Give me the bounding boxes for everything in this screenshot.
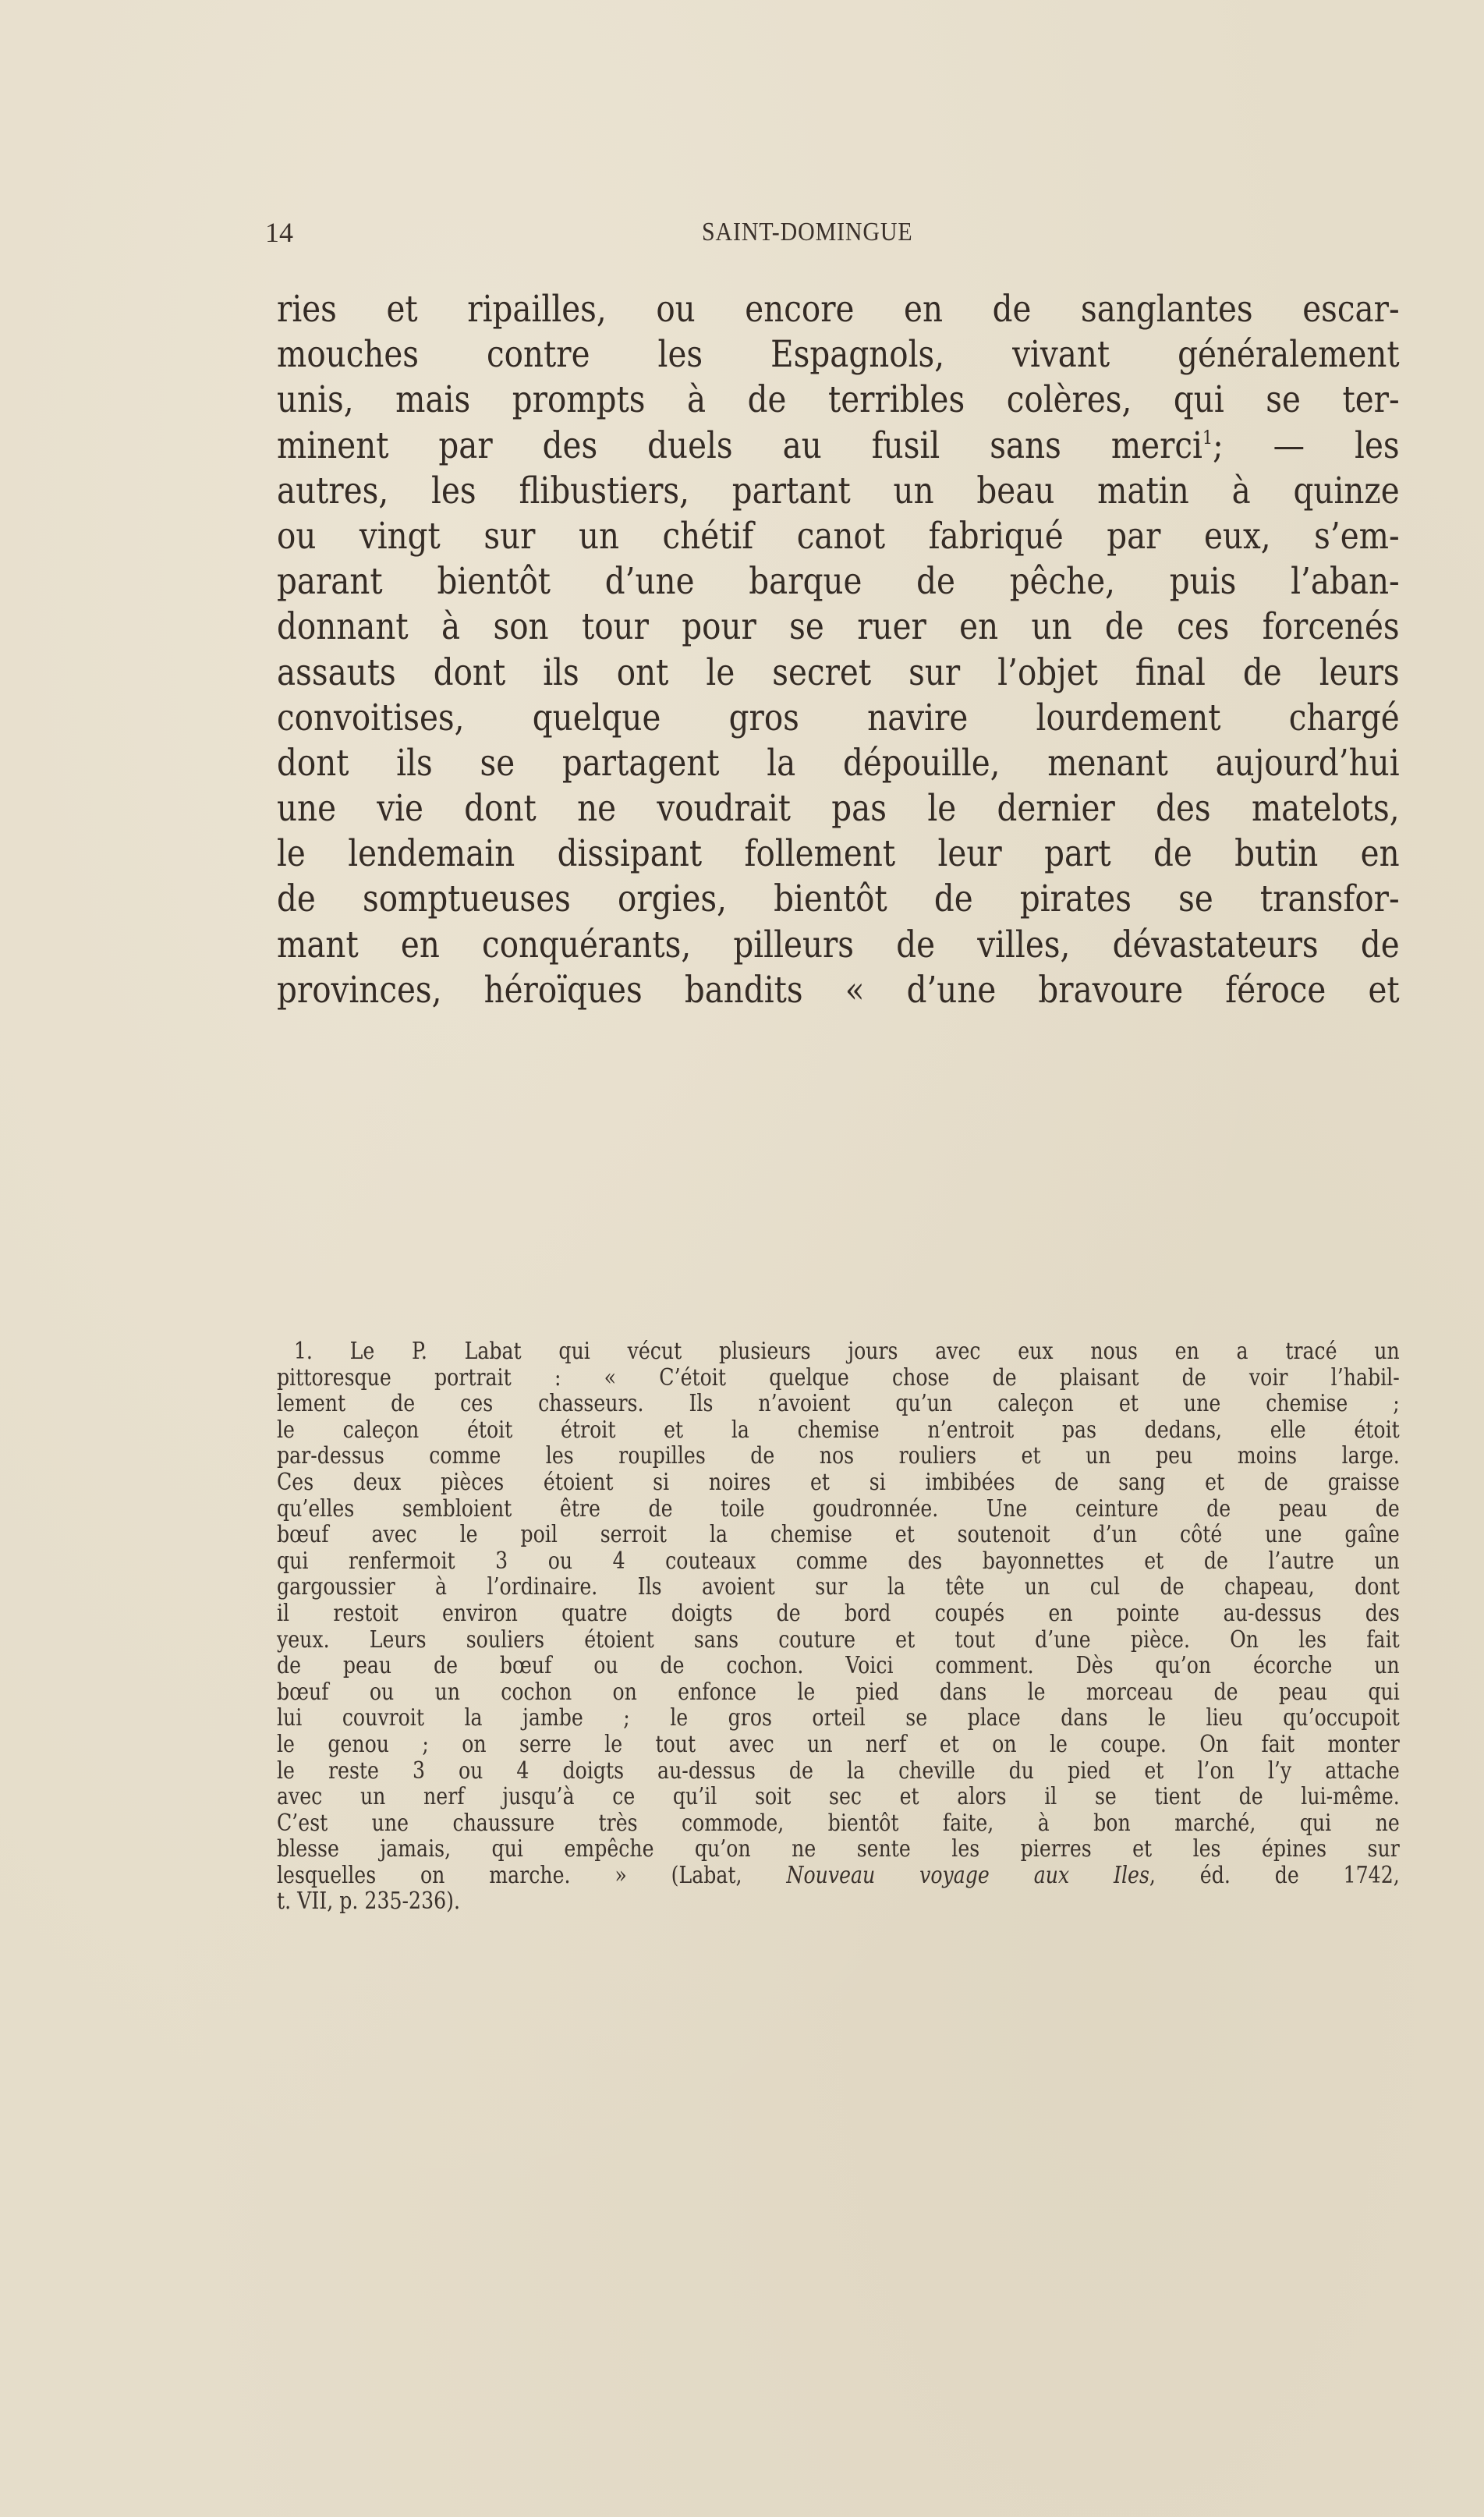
footnote-citation-line: lesquelles on marche. » (Labat, Nouveau … [277,1863,1400,1889]
footnote-line: 1. Le P. Labat qui vécut plusieurs jours… [277,1338,1400,1365]
body-line: une vie dont ne voudrait pas le dernier … [277,786,1400,831]
footnote-line: lui couvroit la jambe ; le gros orteil s… [277,1705,1400,1732]
footnote-line: qui renfermoit 3 ou 4 couteaux comme des… [277,1548,1400,1575]
body-line: mouches contre les Espagnols, vivant gén… [277,332,1400,378]
footnote-line: avec un nerf jusqu’à ce qu’il soit sec e… [277,1784,1400,1810]
footnote-reference[interactable]: 1 [1202,427,1213,448]
body-line: de somptueuses orgies, bientôt de pirate… [277,877,1400,922]
footnote-line: C’est une chaussure très commode, bientô… [277,1810,1400,1837]
body-text: ries et ripailles, ou encore en de sangl… [277,287,1400,1013]
footnotes: 1. Le P. Labat qui vécut plusieurs jours… [277,1338,1400,1915]
body-line: ries et ripailles, ou encore en de sangl… [277,287,1400,332]
footnote-line: bœuf avec le poil serroit la chemise et … [277,1522,1400,1548]
citation-book-title: Nouveau voyage aux Iles [786,1862,1149,1889]
body-line-text: minent par des duels au fusil sans merci [277,424,1202,467]
footnote-line: blesse jamais, qui empêche qu’on ne sent… [277,1836,1400,1863]
footnote-line: qu’elles sembloient être de toile goudro… [277,1496,1400,1523]
body-line-tail: ; — les [1213,424,1400,467]
body-line: assauts dont ils ont le secret sur l’obj… [277,651,1400,696]
body-line: provinces, héroïques bandits « d’une bra… [277,968,1400,1013]
body-line: dont ils se partagent la dépouille, mena… [277,741,1400,786]
body-line: convoitises, quelque gros navire lourdem… [277,696,1400,741]
footnote-line: par-dessus comme les roupilles de nos ro… [277,1443,1400,1469]
body-line: autres, les flibustiers, partant un beau… [277,469,1400,514]
running-head: 14 SAINT-DOMINGUE [265,217,1404,248]
body-line: ou vingt sur un chétif canot fabriqué pa… [277,514,1400,559]
footnote-line: il restoit environ quatre doigts de bord… [277,1601,1400,1627]
footnote-line: lement de ces chasseurs. Ils n’avoient q… [277,1391,1400,1417]
footnote-line: le genou ; on serre le tout avec un nerf… [277,1732,1400,1758]
footnote-line: pittoresque portrait : « C’étoit quelque… [277,1365,1400,1391]
footnote-line: de peau de bœuf ou de cochon. Voici comm… [277,1653,1400,1679]
footnote-line: t. VII, p. 235-236). [277,1888,1400,1915]
running-title: SAINT-DOMINGUE [702,217,913,248]
body-line: parant bientôt d’une barque de pêche, pu… [277,559,1400,604]
body-line: mant en conquérants, pilleurs de villes,… [277,923,1400,968]
footnote-line: bœuf ou un cochon on enfonce le pied dan… [277,1679,1400,1706]
page-number: 14 [265,217,293,248]
body-line: le lendemain dissipant follement leur pa… [277,831,1400,877]
footnote-line: le caleçon étoit étroit et la chemise n’… [277,1417,1400,1444]
book-page: 14 SAINT-DOMINGUE ries et ripailles, ou … [0,0,1484,2517]
footnote-line: gargoussier à l’ordinaire. Ils avoient s… [277,1574,1400,1601]
footnote-line: yeux. Leurs souliers étoient sans coutur… [277,1627,1400,1654]
citation-lead: lesquelles on marche. » (Labat, [277,1862,786,1889]
citation-tail: , éd. de 1742, [1149,1862,1400,1889]
footnote-line: Ces deux pièces étoient si noires et si … [277,1469,1400,1496]
footnote-line: le reste 3 ou 4 doigts au-dessus de la c… [277,1758,1400,1785]
body-line: unis, mais prompts à de terribles colère… [277,378,1400,423]
body-line-with-footnote-ref: minent par des duels au fusil sans merci… [277,424,1400,469]
body-line: donnant à son tour pour se ruer en un de… [277,604,1400,650]
